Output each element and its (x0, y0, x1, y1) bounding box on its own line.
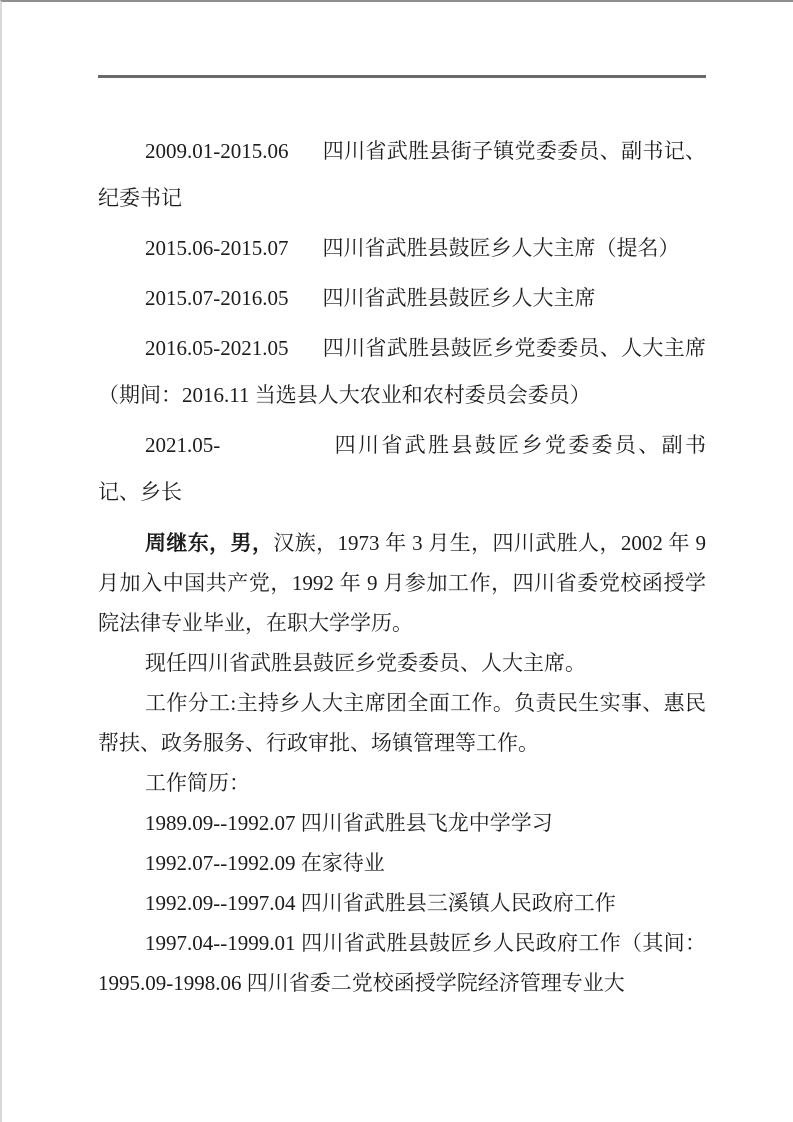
career-entry-description: 四川省武胜县鼓匠乡人大主席 (323, 286, 596, 310)
bio-paragraph: 周继东，男，汉族，1973 年 3 月生，四川武胜人，2002 年 9 月加入中… (98, 523, 706, 643)
career-entry: 2016.05-2021.05四川省武胜县鼓匠乡党委委员、人大主席（期间：201… (98, 325, 706, 419)
career-entry-date: 2016.05-2021.05 (145, 336, 289, 360)
career-entry-date: 2009.01-2015.06 (145, 139, 289, 163)
career-entry-date: 2021.05- (145, 433, 220, 457)
resume-heading: 工作简历： (98, 763, 706, 803)
document-page: 2009.01-2015.06四川省武胜县街子镇党委委员、副书记、纪委书记 20… (0, 0, 793, 1122)
career-entry-description: 四川省武胜县鼓匠乡人大主席（提名） (323, 236, 680, 260)
career-entry: 2009.01-2015.06四川省武胜县街子镇党委委员、副书记、纪委书记 (98, 128, 706, 222)
resume-entry: 1997.04--1999.01 四川省武胜县鼓匠乡人民政府工作（其间：1995… (98, 923, 706, 1003)
career-entry-date: 2015.07-2016.05 (145, 286, 289, 310)
career-entry: 2015.07-2016.05四川省武胜县鼓匠乡人大主席 (98, 275, 706, 322)
career-entry: 2021.05-四川省武胜县鼓匠乡党委委员、副书记、乡长 (98, 422, 706, 516)
resume-entry: 1992.07--1992.09 在家待业 (98, 843, 706, 883)
header-divider-rule (98, 75, 706, 78)
current-position-paragraph: 现任四川省武胜县鼓匠乡党委委员、人大主席。 (98, 643, 706, 683)
career-entry: 2015.06-2015.07四川省武胜县鼓匠乡人大主席（提名） (98, 225, 706, 272)
resume-entry: 1992.09--1997.04 四川省武胜县三溪镇人民政府工作 (98, 883, 706, 923)
resume-entry: 1989.09--1992.07 四川省武胜县飞龙中学学习 (98, 803, 706, 843)
profile-section: 周继东，男，汉族，1973 年 3 月生，四川武胜人，2002 年 9 月加入中… (98, 519, 706, 1003)
career-entry-date: 2015.06-2015.07 (145, 236, 289, 260)
career-history-section: 2009.01-2015.06四川省武胜县街子镇党委委员、副书记、纪委书记 20… (98, 79, 706, 516)
person-name-bold-lead: 周继东，男， (145, 531, 273, 555)
document-content: 2009.01-2015.06四川省武胜县街子镇党委委员、副书记、纪委书记 20… (98, 79, 706, 1003)
work-division-paragraph: 工作分工:主持乡人大主席团全面工作。负责民生实事、惠民帮扶、政务服务、行政审批、… (98, 683, 706, 763)
